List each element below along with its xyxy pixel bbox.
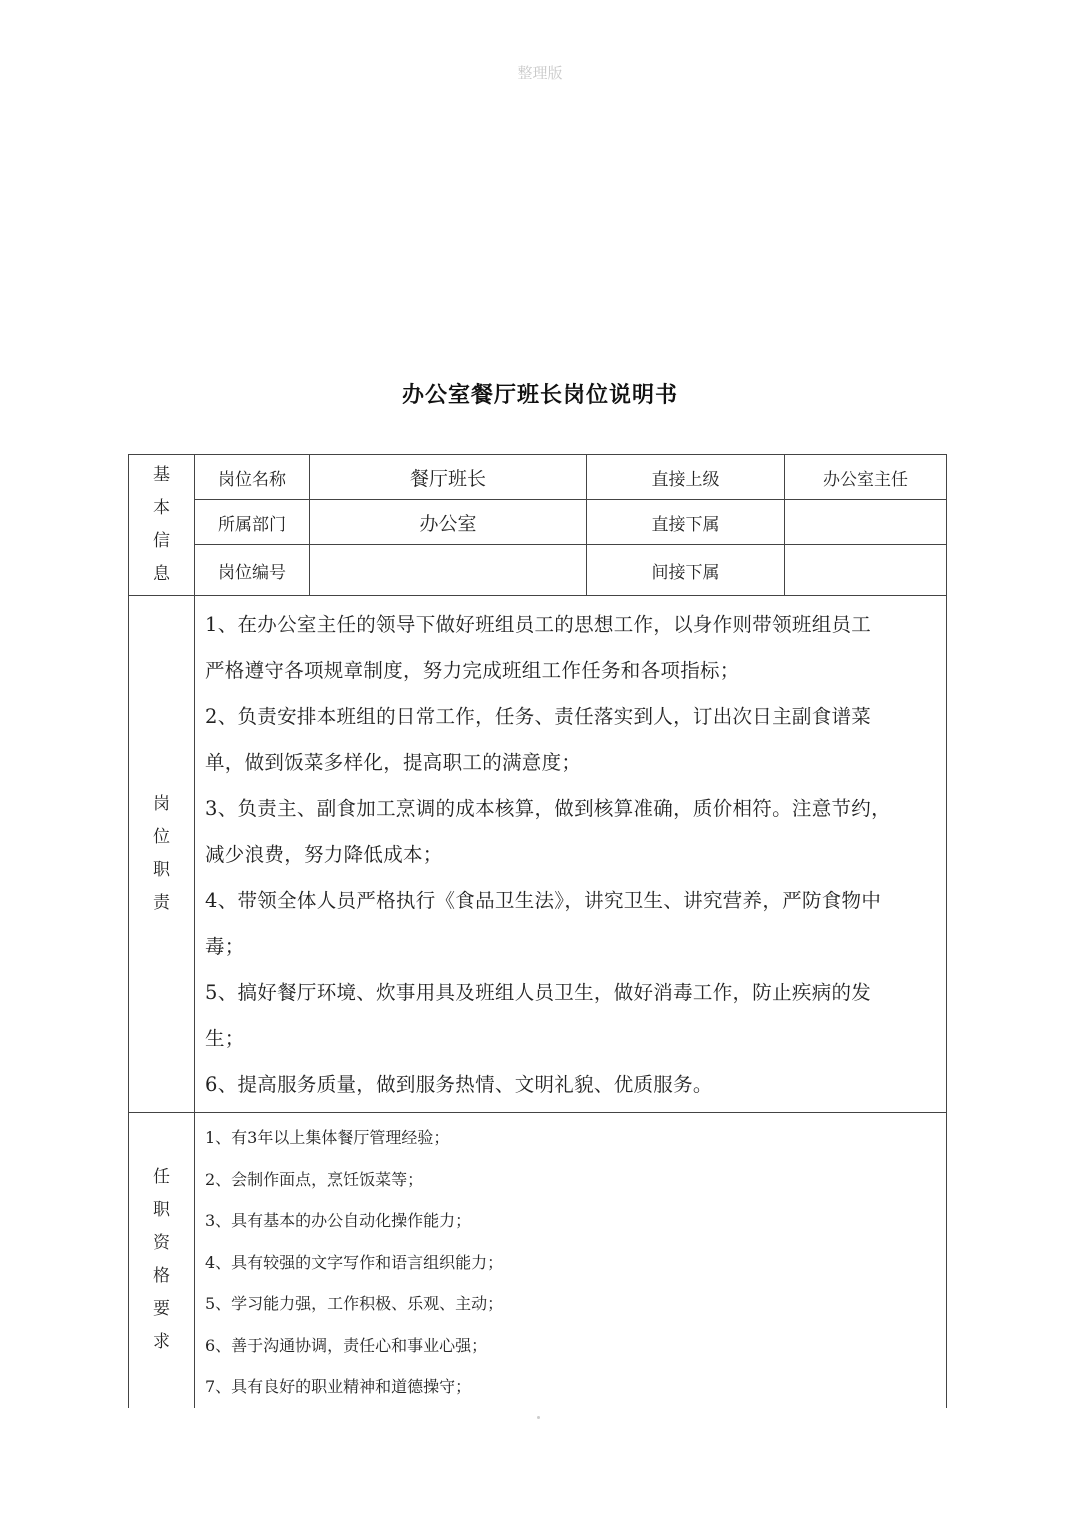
label-char: 任 <box>129 1161 194 1194</box>
requirements-content: 1、有3年以上集体餐厅管理经验； 2、会制作面点，烹饪饭菜等； 3、具有基本的办… <box>195 1113 947 1408</box>
label-char: 息 <box>129 558 194 591</box>
label-char: 求 <box>129 1326 194 1359</box>
basic-info-row-3: 岗位编号 间接下属 <box>129 545 947 596</box>
field-label-position-code: 岗位编号 <box>195 545 310 596</box>
footer-dot <box>537 1416 540 1419</box>
label-char: 岗 <box>129 788 194 821</box>
duty-line: 4、带领全体人员严格执行《食品卫生法》，讲究卫生、讲究营养，严防食物中 <box>205 878 946 924</box>
field-value-department: 办公室 <box>310 500 587 545</box>
requirement-item: 7、具有良好的职业精神和道德操守； <box>205 1366 946 1408</box>
duty-line: 单，做到饭菜多样化，提高职工的满意度； <box>205 740 946 786</box>
requirement-item: 4、具有较强的文字写作和语言组织能力； <box>205 1242 946 1284</box>
label-char: 要 <box>129 1293 194 1326</box>
label-char: 职 <box>129 854 194 887</box>
field-label-direct-subordinate: 直接下属 <box>587 500 785 545</box>
label-char: 位 <box>129 821 194 854</box>
requirement-item: 6、善于沟通协调，责任心和事业心强； <box>205 1325 946 1367</box>
label-char: 信 <box>129 525 194 558</box>
duty-line: 3、负责主、副食加工烹调的成本核算，做到核算准确，质价相符。注意节约， <box>205 786 946 832</box>
section-label-requirements: 任 职 资 格 要 求 <box>129 1113 195 1408</box>
requirement-item: 3、具有基本的办公自动化操作能力； <box>205 1200 946 1242</box>
document-title: 办公室餐厅班长岗位说明书 <box>0 378 1080 409</box>
label-char: 职 <box>129 1194 194 1227</box>
field-label-department: 所属部门 <box>195 500 310 545</box>
duty-line: 严格遵守各项规章制度，努力完成班组工作任务和各项指标； <box>205 648 946 694</box>
duty-line: 6、提高服务质量，做到服务热情、文明礼貌、优质服务。 <box>205 1062 946 1108</box>
field-value-direct-superior: 办公室主任 <box>785 455 947 500</box>
basic-info-row-1: 基 本 信 息 岗位名称 餐厅班长 直接上级 办公室主任 <box>129 455 947 500</box>
job-description-table: 基 本 信 息 岗位名称 餐厅班长 直接上级 办公室主任 所属部门 办公室 直接… <box>128 454 946 1408</box>
field-value-direct-subordinate <box>785 500 947 545</box>
field-value-position-name: 餐厅班长 <box>310 455 587 500</box>
section-label-basic-info: 基 本 信 息 <box>129 455 195 596</box>
duties-content: 1、在办公室主任的领导下做好班组员工的思想工作，以身作则带领班组员工 严格遵守各… <box>195 596 947 1113</box>
duty-line: 减少浪费，努力降低成本； <box>205 832 946 878</box>
field-label-indirect-subordinate: 间接下属 <box>587 545 785 596</box>
label-char: 资 <box>129 1227 194 1260</box>
field-label-position-name: 岗位名称 <box>195 455 310 500</box>
requirements-row: 任 职 资 格 要 求 1、有3年以上集体餐厅管理经验； 2、会制作面点，烹饪饭… <box>129 1113 947 1408</box>
label-char: 责 <box>129 887 194 920</box>
label-char: 本 <box>129 492 194 525</box>
duties-row: 岗 位 职 责 1、在办公室主任的领导下做好班组员工的思想工作，以身作则带领班组… <box>129 596 947 1113</box>
duty-line: 5、搞好餐厅环境、炊事用具及班组人员卫生，做好消毒工作，防止疾病的发 <box>205 970 946 1016</box>
requirement-item: 5、学习能力强，工作积极、乐观、主动； <box>205 1283 946 1325</box>
duty-line: 毒； <box>205 924 946 970</box>
requirement-item: 1、有3年以上集体餐厅管理经验； <box>205 1117 946 1159</box>
basic-info-row-2: 所属部门 办公室 直接下属 <box>129 500 947 545</box>
field-label-direct-superior: 直接上级 <box>587 455 785 500</box>
label-char: 格 <box>129 1260 194 1293</box>
header-watermark: 整理版 <box>0 62 1080 83</box>
field-value-indirect-subordinate <box>785 545 947 596</box>
duty-line: 1、在办公室主任的领导下做好班组员工的思想工作，以身作则带领班组员工 <box>205 602 946 648</box>
requirement-item: 2、会制作面点，烹饪饭菜等； <box>205 1159 946 1201</box>
label-char: 基 <box>129 459 194 492</box>
duty-line: 生； <box>205 1016 946 1062</box>
field-value-position-code <box>310 545 587 596</box>
section-label-duties: 岗 位 职 责 <box>129 596 195 1113</box>
duty-line: 2、负责安排本班组的日常工作，任务、责任落实到人，订出次日主副食谱菜 <box>205 694 946 740</box>
